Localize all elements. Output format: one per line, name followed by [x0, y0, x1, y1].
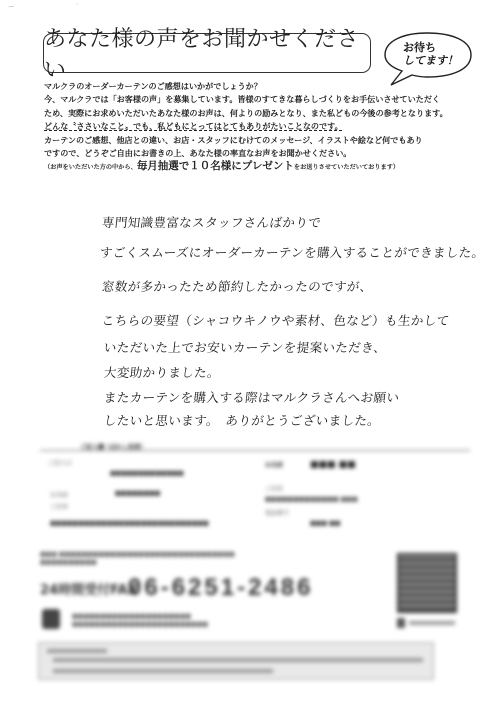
handwritten-line: 大変助かりました。	[103, 362, 221, 381]
intro-line: 今、マルクラでは「お客様の声」を募集しています。皆様のすてきな暮らしづくりをお手…	[44, 93, 484, 106]
form-label: ご住所	[50, 502, 68, 511]
form-value: ■■■ ■■	[310, 460, 356, 470]
bubble-line-1: お待ち	[403, 41, 436, 54]
page-title: あなた様の声をお聞かせください	[44, 22, 370, 84]
handwritten-line: したいと思います。 ありがとうございました。	[103, 410, 381, 429]
footer-text	[47, 649, 107, 653]
intro-line: カーテンのご感想、他店との違い、お店・スタッフにむけてのメッセージ、イラストや絵…	[44, 134, 484, 147]
form-label: お名前	[50, 490, 68, 499]
blurred-contact-info: ■■■ ■■■■■■■■■■■■■■■■■■■■■■■■■■■■■■■ ■■■■…	[40, 547, 360, 627]
handwritten-line: 専門知識豊富なスタッフさんばかりで	[101, 212, 322, 231]
scan-artifact: ·	[76, 0, 79, 9]
company-address: ■■■■■■■■■■■■■■■■■■■■■	[72, 613, 191, 620]
handwritten-line: こちらの要望（シャコウキノウや素材、色など）も生かして	[101, 310, 451, 329]
blurred-customer-form: ご記入欄（ぼかし処理） ご記入日 ■■■■■■■■■■■■■ お名前 ■■■■■…	[40, 440, 470, 535]
intro-prize-line: （お声をいただいた方の中から、毎月抽選で１０名様にプレゼントをお送りさせていただ…	[44, 160, 484, 174]
form-footnote: ■■■■■■■■■■■■■■■■■■■■■■■■■■■■	[50, 520, 209, 527]
handwritten-line: いただいた上でお安いカーテンを提案いただき、	[103, 337, 388, 356]
form-label: ご住所	[265, 484, 283, 493]
fax-number: 06-6251-2486	[128, 574, 313, 602]
company-address: ■■■■■■■■■■■■■■■■■■■■■■■■	[72, 621, 208, 628]
company-logo-icon	[42, 609, 60, 629]
handwritten-line: またカーテンを購入する際はマルクラさんへお願い	[103, 387, 400, 406]
intro-line: ですので、どうぞご自由にお書きの上、あなた様の率直なお声をお聞かせください。	[44, 147, 484, 160]
intro-line: マルクラのオーダーカーテンのご感想はいかがでしょうか？	[44, 80, 484, 93]
qr-caption-text	[409, 621, 455, 625]
qr-code-icon	[397, 553, 457, 613]
speech-bubble: お待ち してます！	[383, 31, 469, 79]
fax-label: 24時間受付FAX	[40, 579, 138, 598]
bubble-text: お待ち してます！	[403, 41, 458, 67]
intro-text: マルクラのオーダーカーテンのご感想はいかがでしょうか？ 今、マルクラでは「お客様…	[44, 80, 484, 175]
title-box: あなた様の声をお聞かせください	[43, 33, 371, 73]
qr-caption	[397, 618, 459, 628]
prize-suffix: をお送りさせていただいております）	[294, 164, 399, 171]
contact-note: ■■■■■■■■■■	[40, 559, 97, 566]
scan-artifact: ~	[8, 2, 15, 11]
footer-text	[53, 658, 423, 662]
bubble-line-2: してます！	[403, 54, 458, 67]
prize-prefix: （お声をいただいた方の中から、	[44, 164, 137, 171]
form-header: ご記入欄（ぼかし処理）	[80, 442, 146, 451]
form-value: ■■■■■■■■■■■■■	[110, 470, 184, 477]
intro-line-underlined: どんな〝ささいなこと〟でも、私どもにとってはとてもありがたいことなのです。	[44, 120, 484, 133]
blurred-footer-notice	[38, 642, 434, 680]
footer-text	[53, 669, 273, 673]
prize-highlight: 毎月抽選で１０名様にプレゼント	[137, 160, 294, 172]
scanned-page: ~ · あなた様の声をお聞かせください お待ち してます！ マルクラのオーダーカ…	[0, 0, 500, 711]
form-value: ■■■■■■■■	[115, 490, 160, 497]
qr-caption-icon	[397, 618, 405, 628]
handwritten-line: 窓数が多かったため節約したかったのですが、	[101, 276, 374, 295]
intro-line: ため、実際にお求めいただいたあなた様のお声は、何よりの励みとなり、また私どもの今…	[44, 107, 484, 120]
contact-note: ■■■ ■■■■■■■■■■■■■■■■■■■■■■■■■■■■■■■	[40, 551, 235, 558]
form-label: 電話番号	[265, 508, 289, 517]
form-value: ■■■■■■■■■■■■■ ■■■	[265, 496, 358, 503]
handwritten-line: すごくスムーズにオーダーカーテンを購入することができました。	[99, 242, 486, 261]
form-footnote: ■■■ ■■	[310, 520, 340, 527]
form-label: お名前	[265, 460, 283, 469]
form-label: ご記入日	[48, 458, 72, 467]
